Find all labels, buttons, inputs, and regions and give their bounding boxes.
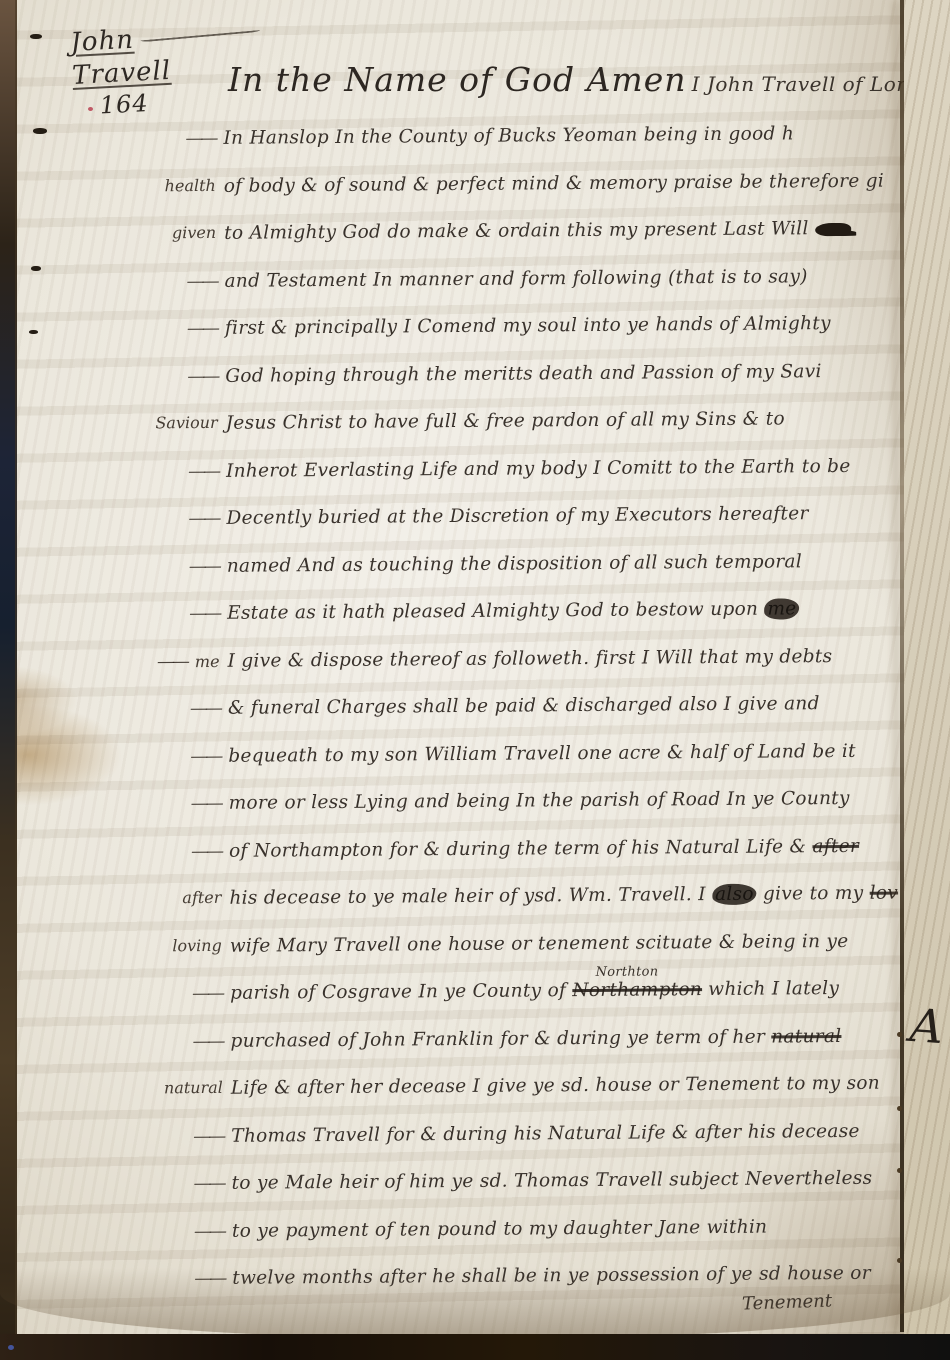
line-lead-dash: —— bbox=[187, 365, 217, 386]
manuscript-line: ——purchased of John Franklin for & durin… bbox=[20, 1025, 900, 1079]
text-segment: give to my bbox=[757, 883, 870, 905]
line-margin: given bbox=[14, 223, 224, 244]
line-text: In Hanslop In the County of Bucks Yeoman… bbox=[223, 123, 893, 149]
text-segment: first & principally I Comend my soul int… bbox=[225, 313, 831, 339]
line-margin: —— bbox=[21, 1125, 231, 1148]
line-text: Thomas Travell for & during his Natural … bbox=[231, 1120, 901, 1146]
next-leaf-text-fragment: A bbox=[909, 1007, 943, 1046]
line-lead-dash: —— bbox=[193, 1125, 223, 1146]
blotted-text: also bbox=[712, 884, 757, 905]
line-margin: —— bbox=[15, 365, 225, 388]
line-lead-dash: —— bbox=[191, 840, 221, 861]
line-lead-dash: —— bbox=[190, 745, 220, 766]
blue-ink-speck bbox=[8, 1345, 14, 1350]
text-segment: Jesus Christ to have full & free pardon … bbox=[226, 408, 785, 433]
table-edge bbox=[0, 1334, 950, 1360]
title-invocation: In the Name of God Amen bbox=[228, 60, 687, 99]
line-lead-dash: —— bbox=[190, 698, 220, 719]
manuscript-line: ——more or less Lying and being In the pa… bbox=[19, 788, 899, 842]
line-lead-dash: —— bbox=[186, 270, 216, 291]
text-segment: more or less Lying and being In the pari… bbox=[229, 788, 850, 814]
line-lead-dash: —— bbox=[187, 318, 217, 339]
line-lead-dash: —— bbox=[194, 1220, 224, 1241]
struck-text: natural bbox=[771, 1025, 841, 1047]
text-segment: I give & dispose thereof as followeth. f… bbox=[227, 646, 832, 672]
text-segment: Life & after her decease I give ye sd. h… bbox=[231, 1073, 880, 1099]
manuscript-line: ——named And as touching the disposition … bbox=[17, 550, 897, 604]
text-segment: of Northampton for & during the term of … bbox=[229, 836, 813, 862]
line-margin: —— bbox=[15, 318, 225, 341]
sewing-dot bbox=[897, 1258, 902, 1263]
text-segment: which I lately bbox=[702, 978, 839, 1000]
text-segment: twelve months after he shall be in ye po… bbox=[232, 1263, 871, 1289]
text-segment: parish of Cosgrave In ye County of bbox=[230, 980, 572, 1004]
line-text: purchased of John Franklin for & during … bbox=[230, 1025, 900, 1051]
line-text: God hoping through the meritts death and… bbox=[225, 360, 895, 386]
line-text: Jesus Christ to have full & free pardon … bbox=[226, 408, 896, 434]
line-lead-dash: —— bbox=[189, 555, 219, 576]
line-margin: —— bbox=[22, 1173, 232, 1196]
line-text: wife Mary Travell one house or tenement … bbox=[230, 930, 900, 956]
manuscript-line: ——God hoping through the meritts death a… bbox=[15, 360, 895, 414]
line-text: Life & after her decease I give ye sd. h… bbox=[231, 1073, 901, 1099]
text-segment: & funeral Charges shall be paid & discha… bbox=[228, 693, 820, 719]
line-lead-dash: —— bbox=[192, 1030, 222, 1051]
line-margin: health bbox=[14, 175, 224, 196]
struck-text: Northampton bbox=[572, 979, 702, 1001]
line-lead-dash: —— bbox=[191, 793, 221, 814]
catchword: Tenement bbox=[742, 1290, 833, 1314]
will-opening-line: In the Name of God Amen I John Travell o… bbox=[228, 60, 950, 99]
text-segment: of body & of sound & perfect mind & memo… bbox=[224, 170, 884, 196]
margin-catchword: loving bbox=[172, 935, 222, 954]
line-margin: —— bbox=[13, 128, 223, 151]
line-margin: —— bbox=[19, 793, 229, 816]
line-margin: ——me bbox=[17, 650, 227, 673]
manuscript-line: ——bequeath to my son William Travell one… bbox=[18, 740, 898, 794]
manuscript-line: ——& funeral Charges shall be paid & disc… bbox=[18, 693, 898, 747]
line-margin: —— bbox=[18, 698, 228, 721]
line-margin: loving bbox=[20, 935, 230, 956]
sewing-dot bbox=[897, 1168, 902, 1173]
line-margin: Saviour bbox=[16, 413, 226, 434]
corrected-text: NorthtonNorthampton bbox=[572, 979, 702, 1001]
text-segment: purchased of John Franklin for & during … bbox=[230, 1026, 771, 1051]
manuscript-line: ——Estate as it hath pleased Almighty God… bbox=[17, 598, 897, 652]
text-segment: and Testament In manner and form followi… bbox=[224, 266, 807, 292]
line-lead-dash: —— bbox=[192, 983, 222, 1004]
line-text: of body & of sound & perfect mind & memo… bbox=[224, 170, 894, 196]
line-lead-dash: —— bbox=[188, 460, 218, 481]
struck-text: after bbox=[812, 835, 859, 856]
text-segment: to ye payment of ten pound to my daughte… bbox=[232, 1216, 768, 1241]
line-lead-dash: —— bbox=[194, 1268, 224, 1289]
text-segment: named And as touching the disposition of… bbox=[227, 551, 802, 577]
manuscript-line: afterhis decease to ye male heir of ysd.… bbox=[19, 883, 899, 937]
text-segment: to ye Male heir of him ye sd. Thomas Tra… bbox=[232, 1168, 873, 1194]
line-margin: —— bbox=[18, 745, 228, 768]
text-lines: ——In Hanslop In the County of Bucks Yeom… bbox=[13, 123, 902, 1317]
line-margin: —— bbox=[20, 983, 230, 1006]
sewing-dot bbox=[897, 1106, 902, 1111]
line-lead-dash: —— bbox=[188, 508, 218, 529]
line-text: Inherot Everlasting Life and my body I C… bbox=[226, 455, 896, 481]
line-margin: after bbox=[19, 888, 229, 909]
manuscript-line: ——and Testament In manner and form follo… bbox=[14, 265, 894, 319]
line-text: twelve months after he shall be in ye po… bbox=[232, 1263, 902, 1289]
margin-catchword: me bbox=[195, 651, 220, 670]
struck-text: lov bbox=[870, 883, 899, 904]
edge-mark bbox=[30, 34, 42, 39]
line-text: and Testament In manner and form followi… bbox=[224, 265, 894, 291]
line-text: bequeath to my son William Travell one a… bbox=[228, 740, 898, 766]
text-segment: Thomas Travell for & during his Natural … bbox=[231, 1120, 860, 1146]
line-lead-dash: —— bbox=[157, 651, 187, 672]
text-segment: God hoping through the meritts death and… bbox=[225, 361, 822, 387]
line-text: Estate as it hath pleased Almighty God t… bbox=[227, 598, 897, 624]
line-margin: —— bbox=[19, 840, 229, 863]
line-margin: —— bbox=[17, 555, 227, 578]
ink-blot bbox=[815, 222, 851, 235]
margin-catchword: given bbox=[172, 223, 216, 242]
text-segment: his decease to ye male heir of ysd. Wm. … bbox=[229, 884, 712, 909]
line-margin: —— bbox=[14, 270, 224, 293]
manuscript-scan: John Travell 164 In the Name of God Amen… bbox=[0, 0, 950, 1360]
line-text: first & principally I Comend my soul int… bbox=[225, 313, 895, 339]
text-segment: In Hanslop In the County of Bucks Yeoman… bbox=[223, 123, 794, 148]
line-margin: —— bbox=[16, 508, 226, 531]
manuscript-line: ——Inherot Everlasting Life and my body I… bbox=[16, 455, 896, 509]
manuscript-line: lovingwife Mary Travell one house or ten… bbox=[20, 930, 900, 984]
manuscript-line: healthof body & of sound & perfect mind … bbox=[14, 170, 894, 224]
manuscript-line: ——of Northampton for & during the term o… bbox=[19, 835, 899, 889]
sewing-dot bbox=[897, 1032, 902, 1037]
line-text: Decently buried at the Discretion of my … bbox=[226, 503, 896, 529]
line-text: to ye payment of ten pound to my daughte… bbox=[232, 1215, 902, 1241]
manuscript-line: ——to ye Male heir of him ye sd. Thomas T… bbox=[22, 1168, 902, 1222]
manuscript-line: ——Thomas Travell for & during his Natura… bbox=[21, 1120, 901, 1174]
line-text: to Almighty God do make & ordain this my… bbox=[224, 218, 894, 244]
line-text: of Northampton for & during the term of … bbox=[229, 835, 899, 861]
manuscript-line: ——In Hanslop In the County of Bucks Yeom… bbox=[13, 123, 893, 177]
text-segment: Decently buried at the Discretion of my … bbox=[226, 503, 808, 529]
text-segment: wife Mary Travell one house or tenement … bbox=[230, 930, 849, 956]
line-text: his decease to ye male heir of ysd. Wm. … bbox=[229, 883, 899, 909]
margin-catchword: health bbox=[165, 175, 216, 194]
line-text: & funeral Charges shall be paid & discha… bbox=[228, 693, 898, 719]
margin-catchword: natural bbox=[164, 1078, 223, 1097]
line-margin: natural bbox=[21, 1078, 231, 1099]
manuscript-line: naturalLife & after her decease I give y… bbox=[21, 1073, 901, 1127]
manuscript-line: givento Almighty God do make & ordain th… bbox=[14, 218, 894, 272]
next-leaf: A bbox=[904, 0, 950, 1334]
line-text: more or less Lying and being In the pari… bbox=[229, 788, 899, 814]
interlinear-insertion: Northton bbox=[595, 964, 658, 979]
line-margin: —— bbox=[22, 1268, 232, 1291]
line-lead-dash: —— bbox=[185, 128, 215, 149]
manuscript-line: ——parish of Cosgrave In ye County of Nor… bbox=[20, 978, 900, 1032]
text-segment: to Almighty God do make & ordain this my… bbox=[224, 218, 809, 244]
manuscript-line: ——meI give & dispose thereof as followet… bbox=[17, 645, 897, 699]
line-text: I give & dispose thereof as followeth. f… bbox=[227, 645, 897, 671]
text-segment: Estate as it hath pleased Almighty God t… bbox=[227, 599, 764, 624]
manuscript-line: ——to ye payment of ten pound to my daugh… bbox=[22, 1215, 902, 1269]
text-segment: bequeath to my son William Travell one a… bbox=[228, 740, 856, 766]
line-text: named And as touching the disposition of… bbox=[227, 550, 897, 576]
text-segment: Inherot Everlasting Life and my body I C… bbox=[226, 455, 851, 481]
line-margin: —— bbox=[17, 603, 227, 626]
manuscript-line: SaviourJesus Christ to have full & free … bbox=[16, 408, 896, 462]
line-text: to ye Male heir of him ye sd. Thomas Tra… bbox=[232, 1168, 902, 1194]
line-margin: —— bbox=[22, 1220, 232, 1243]
margin-catchword: Saviour bbox=[155, 413, 217, 432]
blotted-text: me bbox=[764, 598, 799, 619]
line-lead-dash: —— bbox=[194, 1173, 224, 1194]
margin-catchword: after bbox=[182, 888, 221, 907]
line-lead-dash: —— bbox=[189, 603, 219, 624]
line-margin: —— bbox=[16, 460, 226, 483]
manuscript-line: ——first & principally I Comend my soul i… bbox=[15, 313, 895, 367]
line-text: parish of Cosgrave In ye County of North… bbox=[230, 978, 900, 1004]
manuscript-line: ——Decently buried at the Discretion of m… bbox=[16, 503, 896, 557]
line-margin: —— bbox=[20, 1030, 230, 1053]
